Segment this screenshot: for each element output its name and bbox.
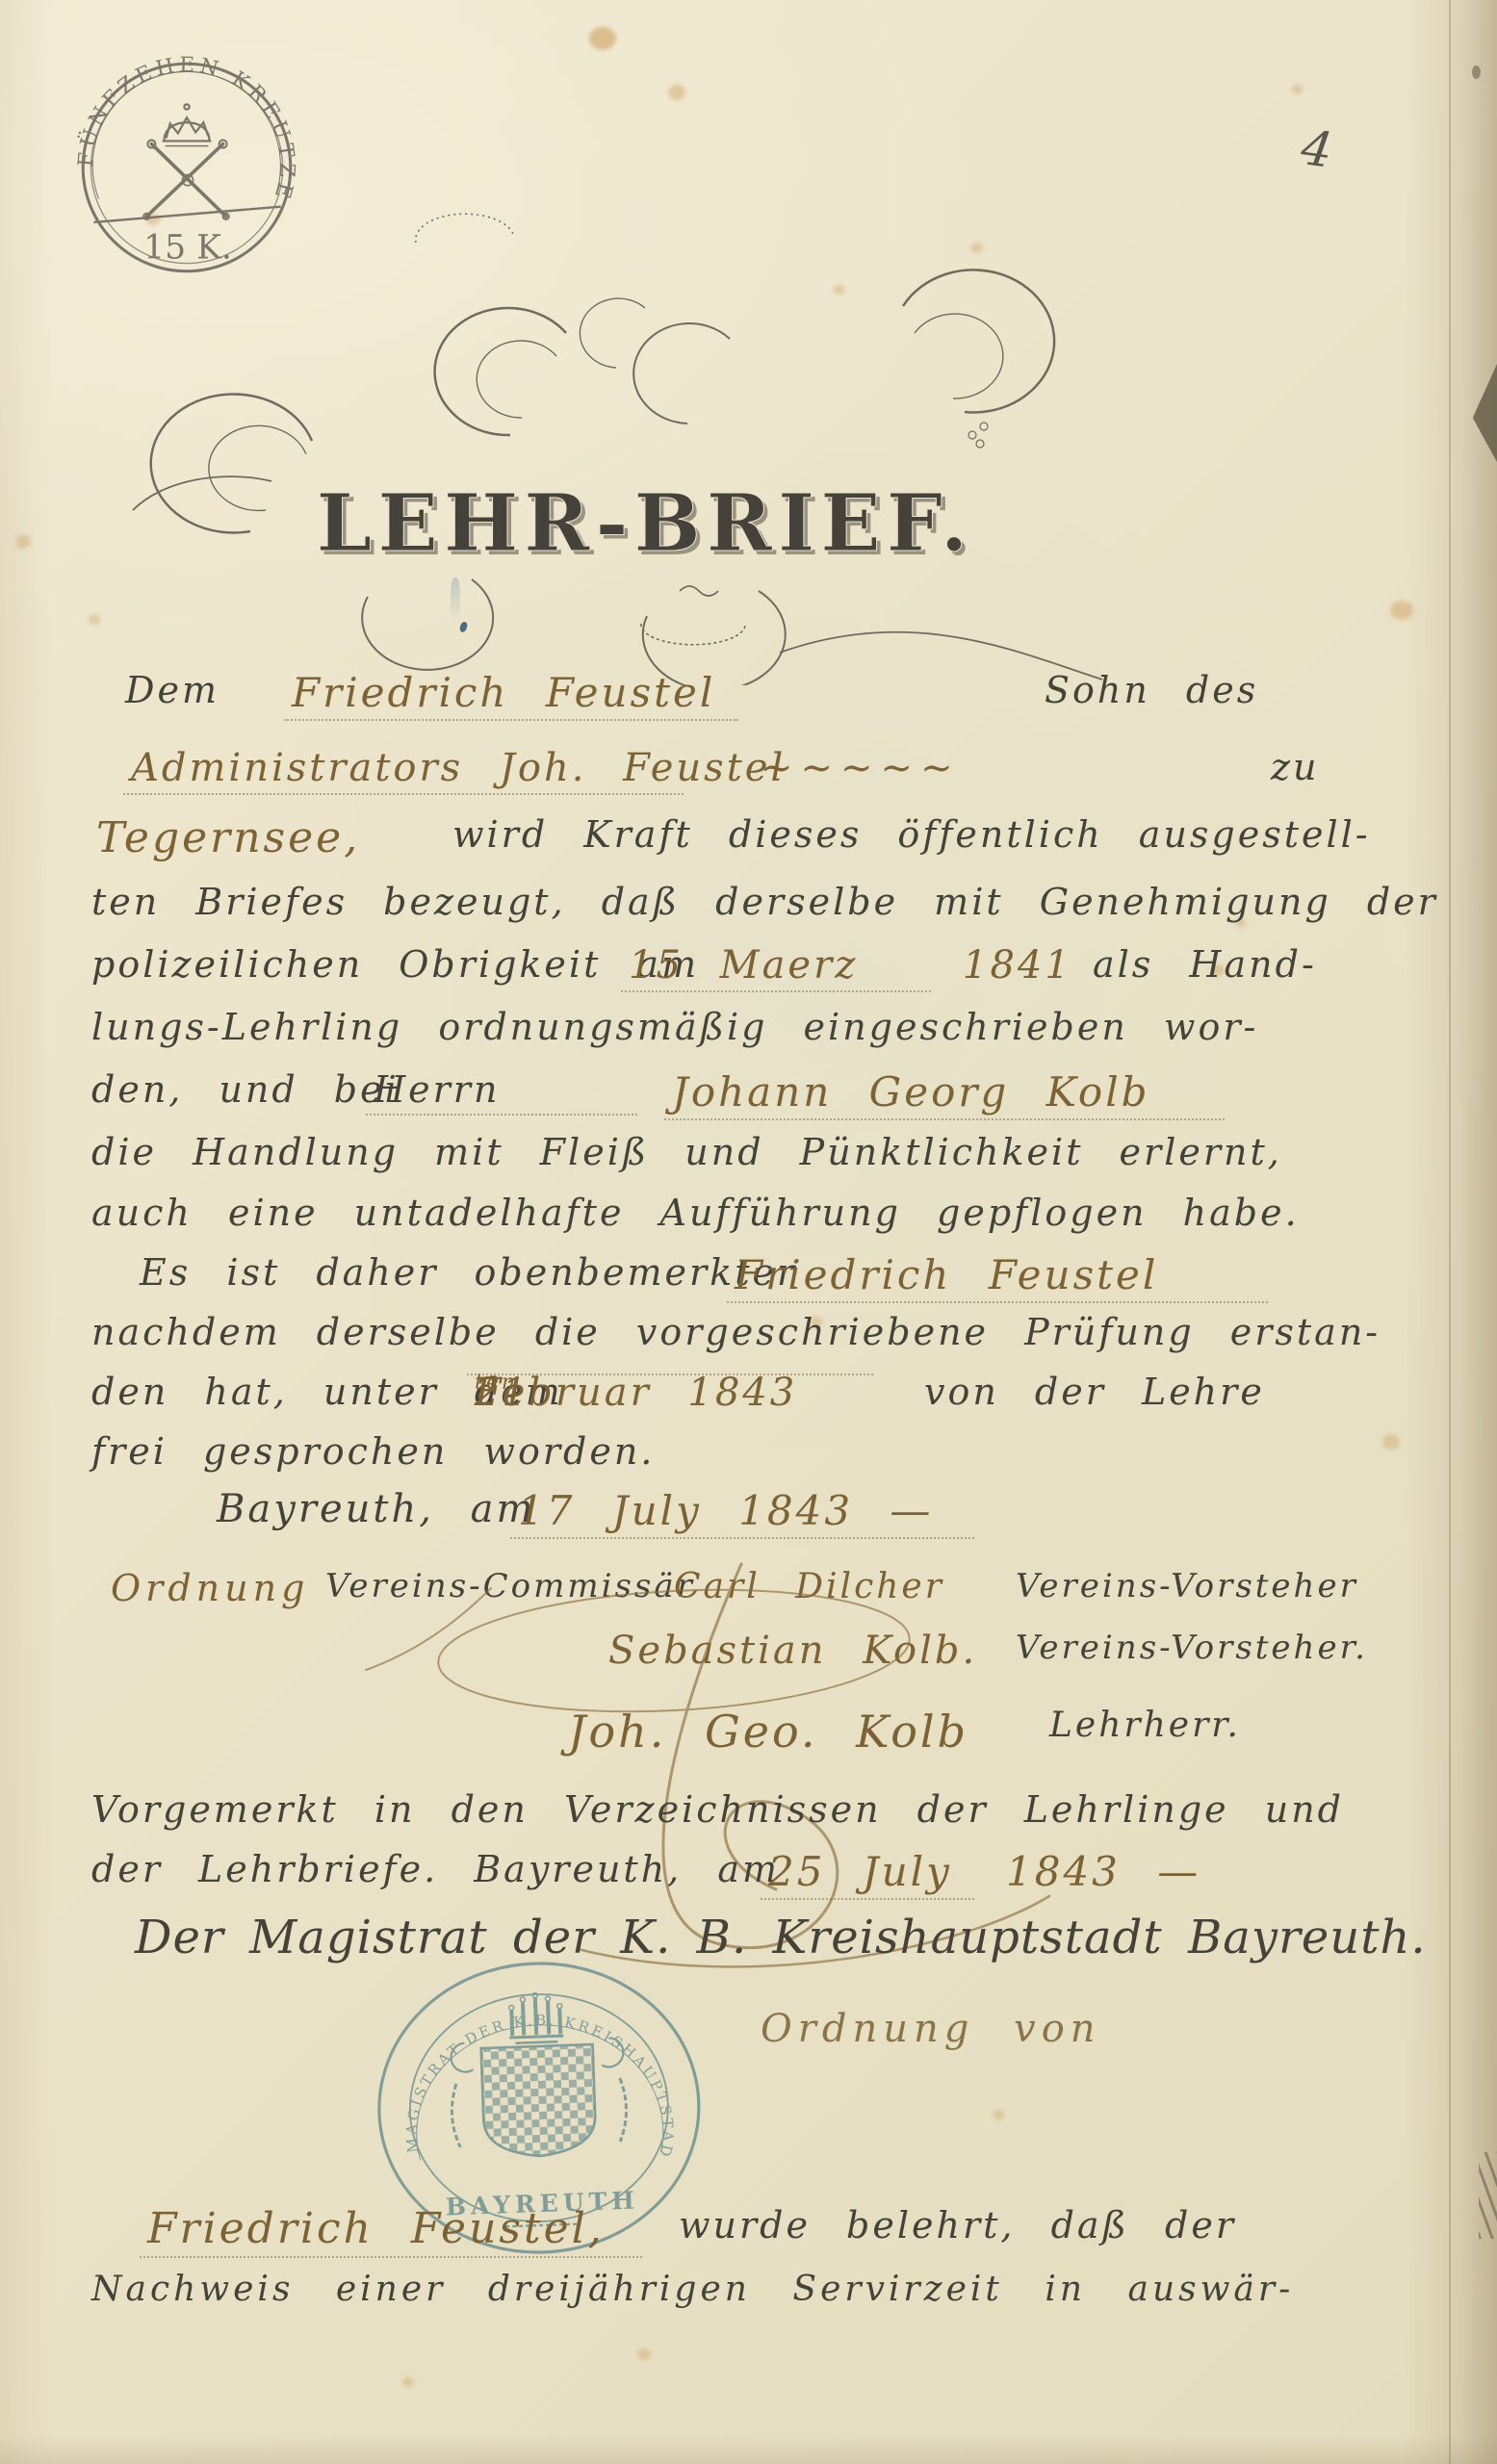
place-name: Tegernsee,	[96, 813, 360, 862]
text-line: Dem Friedrich Feustel Sohn des	[0, 669, 1497, 740]
foxing-spot	[668, 85, 685, 100]
magistrat-heading: Der Magistrat der K. B. Kreishauptstadt …	[135, 1911, 1427, 1964]
signature-line: Joh. Geo. Kolb Lehrherr.	[0, 1706, 1497, 1777]
body-text: Es ist daher obenbemerkter	[140, 1251, 797, 1294]
foxing-spot	[994, 2110, 1004, 2119]
text-line: der Lehrbriefe. Bayreuth, am 25 July 184…	[0, 1848, 1497, 1919]
text-line: ten Briefes bezeugt, daß derselbe mit Ge…	[0, 881, 1497, 952]
registration-text: der Lehrbriefe. Bayreuth, am	[91, 1848, 780, 1890]
flourish-swirl	[151, 394, 312, 532]
footer-text: Nachweis einer dreijährigen Servirzeit i…	[91, 2270, 1294, 2309]
body-text: ten Briefes bezeugt, daß derselbe mit Ge…	[91, 881, 1438, 923]
text-line: Administrators Joh. Feustel ∼∼∼∼∼ zu	[0, 746, 1497, 817]
signature-ordnung: Ordnung	[111, 1567, 309, 1609]
crown-icon	[163, 104, 212, 145]
magistrat-signature-scrawl: Ordnung von	[761, 2007, 1101, 2051]
release-date: 21ten Februar 1843	[467, 1371, 873, 1375]
pen-squiggle: ∼∼∼∼∼	[761, 746, 961, 790]
foxing-spot	[1292, 85, 1303, 94]
body-text: nachdem derselbe die vorgeschriebene Prü…	[91, 1311, 1381, 1353]
foxing-spot	[15, 535, 31, 549]
body-text: wird Kraft dieses öffentlich ausgestell-	[452, 813, 1371, 856]
dotted-ornament-arc	[416, 214, 514, 243]
body-text: auch eine untadelhafte Aufführung gepflo…	[91, 1192, 1300, 1234]
body-text: die Handlung mit Fleiß und Pünktlichkeit…	[91, 1131, 1282, 1173]
signature-line: Sebastian Kolb. Vereins-Vorsteher.	[0, 1629, 1497, 1700]
commissar-signature: Carl Dilcher	[674, 1567, 944, 1606]
title-ornament: LEHR-BRIEF. LEHR-BRIEF. LEHR-BRIEF.	[106, 192, 1107, 685]
foxing-spot	[637, 2348, 651, 2360]
body-text: polizeilichen Obrigkeit am	[91, 943, 699, 986]
foxing-spot	[1390, 601, 1413, 620]
title-highlight: LEHR-BRIEF.	[317, 477, 974, 570]
registration-date: 25 July	[761, 1848, 974, 1900]
footer-text: wurde belehrt, daß der	[679, 2204, 1236, 2246]
foxing-spot	[89, 614, 100, 625]
issue-date: 17 July 1843 —	[510, 1487, 974, 1539]
document-page: 4	[0, 0, 1497, 2464]
text-line: Nachweis einer dreijährigen Servirzeit i…	[0, 2270, 1497, 2341]
vorsteher-signature: Sebastian Kolb.	[608, 1629, 977, 1673]
seal-shield	[481, 2044, 597, 2158]
page-number: 4	[1298, 119, 1336, 179]
vorsteher-label: Vereins-Vorsteher.	[1016, 1629, 1368, 1667]
apprentice-name: Friedrich Feustel,	[140, 2204, 642, 2258]
enrollment-year: 1841	[963, 943, 1072, 988]
father-name: Administrators Joh. Feustel	[123, 746, 684, 795]
text-line: Friedrich Feustel, wurde belehrt, daß de…	[0, 2204, 1497, 2275]
commissar-label: Vereins-Commissär	[325, 1567, 695, 1605]
release-month-year: Februar 1843	[475, 1371, 797, 1415]
lehrherr-signature: Joh. Geo. Kolb	[568, 1706, 968, 1758]
foxing-spot	[402, 2377, 414, 2387]
body-text: Herrn	[366, 1068, 637, 1116]
registration-year: 1843 —	[1006, 1848, 1200, 1895]
body-text: zu	[1271, 746, 1320, 788]
text-line: den, und bei Herrn Johann Georg Kolb	[0, 1068, 1497, 1140]
issue-place: Bayreuth, am	[217, 1487, 535, 1531]
apprentice-name: Friedrich Feustel	[727, 1251, 1268, 1303]
body-text: von der Lehre	[924, 1371, 1265, 1413]
lehrherr-label: Lehrherr.	[1049, 1706, 1241, 1745]
body-text: Sohn des	[1045, 669, 1258, 711]
scan-edge-dot	[1472, 65, 1481, 79]
body-text: den, und bei	[91, 1068, 400, 1111]
text-line: Tegernsee, wird Kraft dieses öffentlich …	[0, 813, 1497, 885]
text-line: lungs-Lehrling ordnungsmäßig eingeschrie…	[0, 1006, 1497, 1077]
vorsteher-label: Vereins-Vorsteher	[1016, 1567, 1358, 1605]
body-text: Dem	[125, 669, 219, 711]
text-line: Der Magistrat der K. B. Kreishauptstadt …	[0, 1911, 1497, 1982]
body-text: frei gesprochen worden.	[91, 1430, 655, 1473]
master-name: Johann Georg Kolb	[664, 1068, 1225, 1120]
enrollment-date: 15 Maerz	[621, 943, 931, 992]
signature-line: Ordnung Vereins-Commissär Carl Dilcher V…	[0, 1567, 1497, 1638]
text-line: polizeilichen Obrigkeit am 15 Maerz 1841…	[0, 943, 1497, 1014]
text-line: Bayreuth, am 17 July 1843 —	[0, 1487, 1497, 1558]
foxing-spot	[589, 27, 616, 50]
body-text: als Hand-	[1093, 943, 1317, 986]
apprentice-name: Friedrich Feustel	[284, 669, 738, 721]
body-text: lungs-Lehrling ordnungsmäßig eingeschrie…	[91, 1006, 1258, 1048]
registration-text: Vorgemerkt in den Verzeichnissen der Leh…	[91, 1788, 1344, 1831]
scan-edge-mark	[1470, 364, 1497, 462]
text-line: Ordnung von	[0, 2007, 1497, 2078]
